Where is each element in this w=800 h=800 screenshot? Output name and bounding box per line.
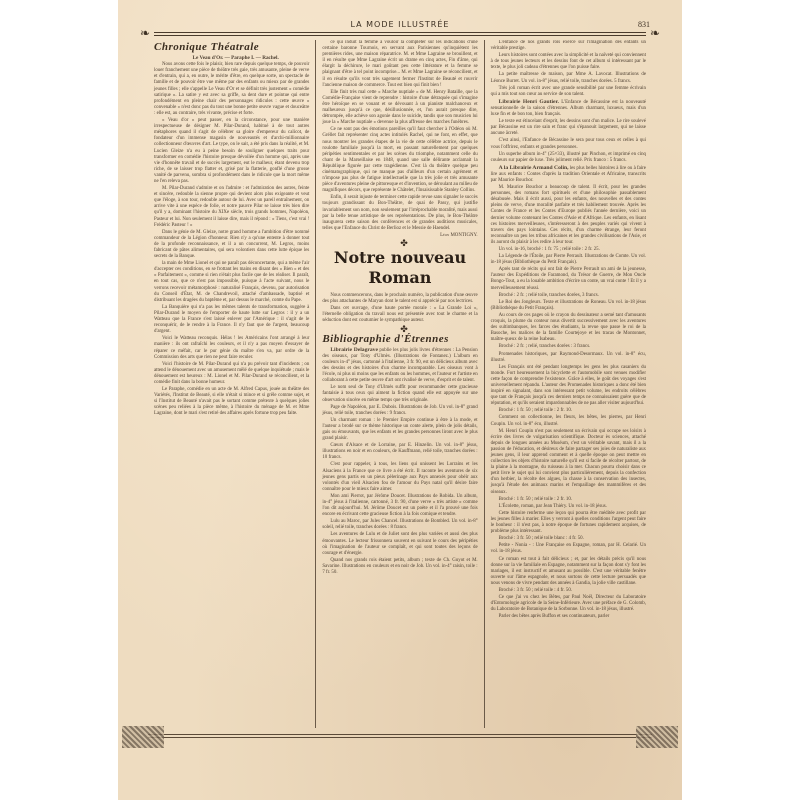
running-title: LA MODE ILLUSTRÉE [118,20,682,29]
paragraph: M. Henri Coupin n'est pas seulement un é… [491,429,646,496]
paragraph: M. Maurice Bouchor a beaucoup de talent.… [491,185,646,246]
paragraph-text: C'est pour rappeler, à tous, les liens q… [322,462,477,491]
paragraph: A la Librairie Armand Colin, les plus be… [491,165,646,184]
paragraph-text: Un charmant roman : le Premier Empire co… [322,418,477,441]
paragraph: Comment on collectionne, les fleurs, les… [491,415,646,427]
paragraph-text: Promenades historiques, par Raymond-Deso… [491,352,646,363]
column-theatre: Chronique Théatrale Le Veau d'Or. — Para… [148,40,315,728]
floral-ornament-icon [636,726,678,748]
paragraph: Enfin, il serait injuste de terminer cet… [322,195,477,232]
paragraph: Promenades historiques, par Raymond-Deso… [491,352,646,364]
paragraph: L'Écolette, roman, par Jean Thiéry. Un v… [491,504,646,510]
paragraph: Nous avons cette fois le plaisir, bien r… [154,62,309,117]
paragraph: Broché : 2 fr. ; relié toile, tranches d… [491,293,646,299]
paragraph: Lulu au Maroc, par Jules Chancel. Illust… [322,519,477,531]
paragraph: Nous commencerons, dans le prochain numé… [322,293,477,305]
paragraph: Broché : 3 fr. 50 ; relié toile blanc : … [491,536,646,542]
paragraph: M. Pilar-Durand s'admire et on l'admire … [154,186,309,229]
paragraph: Parler des bêtes après Buffon et ses con… [491,614,646,620]
text-columns: Chronique Théatrale Le Veau d'Or. — Para… [148,40,652,728]
paragraph-text: Parler des bêtes après Buffon et ses con… [499,614,610,619]
paragraph-text: La Légende de l'Étoile, par Pierre Perra… [491,254,646,265]
paragraph-text: publie les plus jolis livres d'étrennes … [322,348,477,383]
publisher-name: Librairie Delagrave [330,347,378,353]
paragraph-text: Lulu au Maroc, par Jules Chancel. Illust… [322,519,477,530]
paragraph: C'est ainsi, l'Enfance de Bécassine le s… [491,138,646,150]
paragraph: Après tant de récits qui ont fait de Pie… [491,267,646,291]
paragraph: Les Français ont été pendant longtemps l… [491,365,646,408]
paragraph: Librairie Delagrave publie les plus joli… [322,347,477,385]
fleuron-icon: ✤ [322,240,477,246]
magazine-page: ❧ LA MODE ILLUSTRÉE 831 ❧ Chronique Théa… [118,0,682,800]
paragraph: Les aventures de Lulu et de Juliet sont … [322,532,477,556]
paragraph-text: Leurs histoires sont contées avec la sim… [491,53,646,70]
paragraph-text: L'Écolette, roman, par Jean Thiéry. Un v… [499,504,607,509]
paragraph: Le nom seul de Tony d'Ulmès suffit pour … [322,385,477,403]
page-number: 831 [638,20,650,29]
paragraph-text: Broché : 2 fr. ; relié, tranches dorées … [499,344,591,349]
paragraph: Ce que j'ai vu chez les Bêtes, par Paul … [491,595,646,613]
corner-flourish-icon: ❧ [650,26,660,41]
paragraph-text: Broché : 1 fr. 50 ; relié toile : 2 fr. … [499,408,572,413]
paragraph: La Légende de l'Étoile, par Pierre Perra… [491,254,646,266]
paragraph-text: Broché : 1 fr. 50 ; relié toile : 2 fr. … [499,497,572,502]
paragraph: Voici l'histoire de M. Pilar-Durand qui … [154,362,309,386]
paragraph-text: Le texte est étincelant d'esprit, les de… [491,119,646,136]
footer-rule [148,734,652,738]
paragraph: Elle finit très mal cette « Marche nupti… [322,90,477,127]
paragraph: La petite maîtresse de maison, par Mme A… [491,72,646,84]
fleuron-icon: ✤ [322,326,477,332]
paragraph-text: Ce que j'ai vu chez les Bêtes, par Paul … [491,595,646,612]
paragraph: Librairie Henri Gautier. L'Enfance de Bé… [491,99,646,118]
paragraph-text: Page de Napoléon, par E. Dubois. Illustr… [322,405,477,416]
paragraph-text: M. Henri Coupin n'est pas seulement un é… [491,429,646,495]
paragraph: Le Paraphe, comédie en un acte de M. Alf… [154,387,309,417]
paragraph: Quand nos grands rois étaient petits, al… [322,558,477,576]
column-bibliography: L'enfance de nos grands rois exerce sur … [484,40,652,728]
paragraph-text: Très joli roman écrit avec une grande se… [491,86,646,97]
section-title-chronique: Chronique Théatrale [154,44,309,50]
paragraph: Broché : 3 fr. 50 ; relié toile : 4 fr. … [491,588,646,594]
paragraph-text: Mon ami Pierrot, par Jérôme Doucet. Illu… [322,494,477,517]
paragraph: Voici le Watteau reconquis. Hélas ! les … [154,336,309,360]
section-subtitle: Le Veau d'Or. — Paraphe I. — Rachel. [154,55,309,61]
paragraph: Un superbe album in-4° (25×33), illustré… [491,152,646,164]
paragraph-text: Un vol. in-16, broché : 1 fr. 75 ; relié… [499,247,600,252]
paragraph: Au cours de ces pages où le crayon du de… [491,313,646,343]
paragraph: Ce roman est tout à fait délicieux ; et,… [491,557,646,587]
paragraph: Un vol. in-16, broché : 1 fr. 75 ; relié… [491,247,646,253]
paragraph: L'enfance de nos grands rois exerce sur … [491,40,646,52]
paragraph-text: Le Roi des Jongleurs. Texte et illustrat… [491,300,646,311]
paragraph: Dans le génie de M. Gleize, notre grand … [154,230,309,260]
paragraph: La Banquière qui n'a pas les mêmes talen… [154,305,309,335]
paragraph: la main de Mme Lionel et qui ne paraît p… [154,261,309,304]
paragraph: Broché : 1 fr. 50 ; relié toile : 2 fr. … [491,497,646,503]
paragraph: Cœurs d'Alsace et de Lorraine, par E. Hi… [322,443,477,461]
paragraph: Broché : 1 fr. 50 ; relié toile : 2 fr. … [491,408,646,414]
paragraph: Broché : 2 fr. ; relié, tranches dorées … [491,344,646,350]
paragraph: Petite - Nonia - : Une Française en Espa… [491,543,646,555]
paragraph: Un charmant roman : le Premier Empire co… [322,418,477,442]
paragraph: Dans cet ouvrage, d'une haute portée mor… [322,306,477,324]
paragraph-text: Quand nos grands rois étaient petits, al… [322,558,477,575]
paragraph-text: Broché : 3 fr. 50 ; relié toile blanc : … [499,536,584,541]
paragraph-text: Un superbe album in-4° (25×33), illustré… [491,152,646,163]
paragraph-text: Broché : 3 fr. 50 ; relié toile : 4 fr. … [499,588,572,593]
paragraph: Le texte est étincelant d'esprit, les de… [491,119,646,137]
paragraph: Mon ami Pierrot, par Jérôme Doucet. Illu… [322,494,477,518]
paragraph-text: Cette histoire renferme une leçon qui po… [491,511,646,534]
paragraph-text: Après tant de récits qui ont fait de Pie… [491,267,646,290]
paragraph-text: Au cours de ces pages où le crayon du de… [491,313,646,342]
paragraph: Leurs histoires sont contées avec la sim… [491,53,646,71]
paragraph-text: Broché : 2 fr. ; relié toile, tranches d… [499,293,599,298]
paragraph-text: Cœurs d'Alsace et de Lorraine, par E. Hi… [322,443,477,460]
floral-ornament-icon [122,726,164,748]
paragraph: Ce ne sont pas des émotions pareilles qu… [322,127,477,194]
paragraph: C'est pour rappeler, à tous, les liens q… [322,462,477,492]
paragraph: Très joli roman écrit avec une grande se… [491,86,646,98]
paragraph: « Veau d'or » peut passer, en la circons… [154,118,309,185]
paragraph-text: Les Français ont été pendant longtemps l… [491,365,646,407]
column-middle: ce qui induit la femme à vouloir la comp… [315,40,483,728]
paragraph: ce qui induit la femme à vouloir la comp… [322,40,477,89]
section-title-roman: Notre nouveau Roman [322,248,477,288]
paragraph-text: L'enfance de nos grands rois exerce sur … [491,40,646,51]
paragraph: Cette histoire renferme une leçon qui po… [491,511,646,535]
paragraph-text: Les aventures de Lulu et de Juliet sont … [322,532,477,555]
publisher-name: A la Librairie Armand Colin, [499,165,569,171]
paragraph-text: Ce roman est tout à fait délicieux ; et,… [491,557,646,586]
section-title-bibliographie: Bibliographie d'Étrennes [322,336,477,342]
paragraph-text: Le nom seul de Tony d'Ulmès suffit pour … [322,385,477,402]
paragraph-text: Comment on collectionne, les fleurs, les… [491,415,646,426]
paragraph-text: Petite - Nonia - : Une Française en Espa… [491,543,646,554]
paragraph-text: M. Maurice Bouchor a beaucoup de talent.… [491,185,646,245]
publisher-name: Librairie Henri Gautier. [499,99,559,105]
paragraph: Page de Napoléon, par E. Dubois. Illustr… [322,405,477,417]
paragraph-text: C'est ainsi, l'Enfance de Bécassine le s… [491,138,646,149]
header-rule [154,32,646,36]
paragraph-text: La petite maîtresse de maison, par Mme A… [491,72,646,83]
paragraph: Le Roi des Jongleurs. Texte et illustrat… [491,300,646,312]
